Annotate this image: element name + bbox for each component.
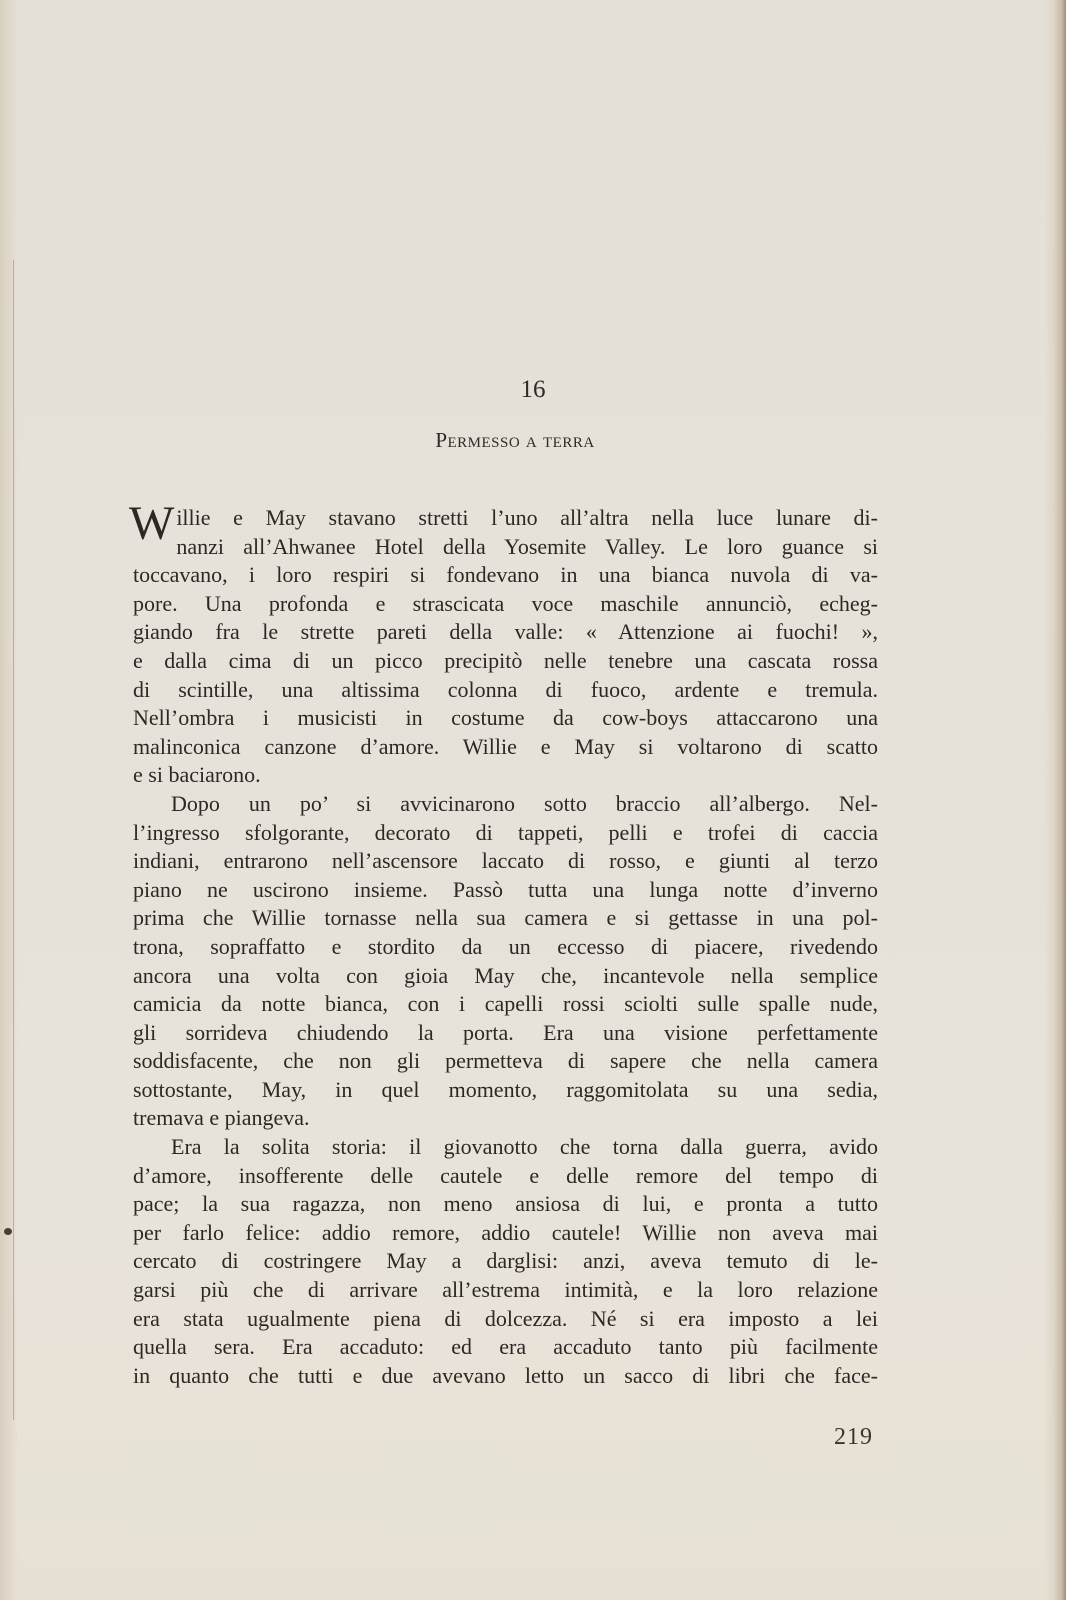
book-page: 16 Permesso a terra Willie e May stavano…: [0, 0, 1066, 1600]
text-line: d’amore, insofferente delle cautele e de…: [133, 1162, 878, 1191]
text-line: in quanto che tutti e due avevano letto …: [133, 1362, 878, 1391]
text-line: Nell’ombra i musicisti in costume da cow…: [133, 704, 878, 733]
text-line: indiani, entrarono nell’ascensore laccat…: [133, 847, 878, 876]
paragraph-1: Willie e May stavano stretti l’uno all’a…: [133, 504, 878, 790]
text-line: quella sera. Era accaduto: ed era accadu…: [133, 1333, 878, 1362]
text-line: piano ne uscirono insieme. Passò tutta u…: [133, 876, 878, 905]
text-line: l’ingresso sfolgorante, decorato di tapp…: [133, 819, 878, 848]
ink-speck: [4, 1228, 12, 1235]
paragraph-3: Era la solita storia: il giovanotto che …: [133, 1133, 878, 1390]
text-line: era stata ugualmente piena di dolcezza. …: [133, 1305, 878, 1334]
text-line: per farlo felice: addio remore, addio ca…: [133, 1219, 878, 1248]
text-line: di scintille, una altissima colonna di f…: [133, 676, 878, 705]
text-line: trona, sopraffatto e stordito da un ecce…: [133, 933, 878, 962]
text-line: garsi più che di arrivare all’estrema in…: [133, 1276, 878, 1305]
page-number: 219: [834, 1424, 873, 1451]
text-line: e dalla cima di un picco precipitò nelle…: [133, 647, 878, 676]
text-line: camicia da notte bianca, con i capelli r…: [133, 990, 878, 1019]
chapter-number: 16: [0, 376, 1066, 404]
body-text: Willie e May stavano stretti l’uno all’a…: [133, 504, 878, 1390]
text-line: Dopo un po’ si avvicinarono sotto bracci…: [133, 790, 878, 819]
text-line: toccavano, i loro respiri si fondevano i…: [133, 561, 878, 590]
text-line: cercato di costringere May a darglisi: a…: [133, 1247, 878, 1276]
page-right-edge: [1044, 0, 1066, 1600]
text-line: tremava e piangeva.: [133, 1104, 878, 1133]
chapter-title: Permesso a terra: [0, 428, 1030, 453]
text-line: illie e May stavano stretti l’uno all’al…: [176, 505, 878, 530]
drop-cap: W: [129, 504, 174, 544]
paragraph-2: Dopo un po’ si avvicinarono sotto bracci…: [133, 790, 878, 1133]
text-line: ancora una volta con gioia May che, inca…: [133, 962, 878, 991]
text-line: giando fra le strette pareti della valle…: [133, 618, 878, 647]
text-line: nanzi all’Ahwanee Hotel della Yosemite V…: [133, 533, 878, 562]
text-line: gli sorrideva chiudendo la porta. Era un…: [133, 1019, 878, 1048]
text-line: e si baciarono.: [133, 761, 878, 790]
text-line: Era la solita storia: il giovanotto che …: [133, 1133, 878, 1162]
page-left-edge: [0, 0, 18, 1600]
text-line: malinconica canzone d’amore. Willie e Ma…: [133, 733, 878, 762]
text-line: pore. Una profonda e strascicata voce ma…: [133, 590, 878, 619]
text-line: sottostante, May, in quel momento, raggo…: [133, 1076, 878, 1105]
text-line: pace; la sua ragazza, non meno ansiosa d…: [133, 1190, 878, 1219]
text-line: soddisfacente, che non gli permetteva di…: [133, 1047, 878, 1076]
text-line: prima che Willie tornasse nella sua came…: [133, 904, 878, 933]
